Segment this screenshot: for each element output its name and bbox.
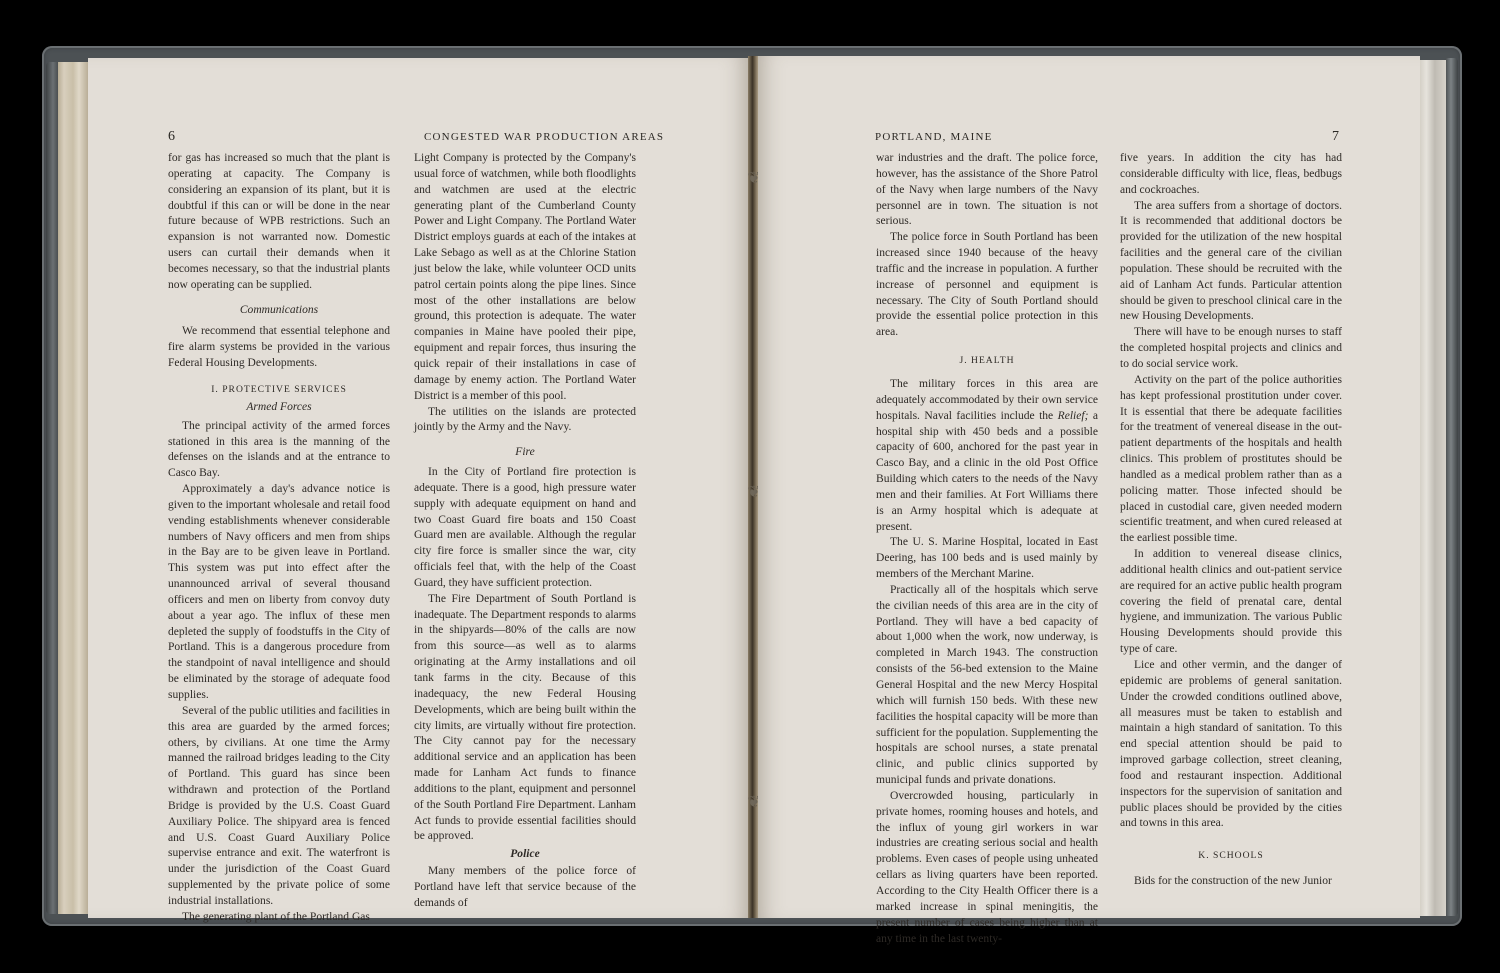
subheading-armed-forces: Armed Forces <box>168 400 390 416</box>
paragraph: Practically all of the hospitals which s… <box>876 583 1098 789</box>
page-stack-right <box>1418 60 1446 916</box>
subheading-fire: Fire <box>414 445 636 461</box>
paragraph: Lice and other vermin, and the danger of… <box>1120 658 1342 832</box>
page-stack-left <box>58 62 88 914</box>
subheading-communications: Communications <box>168 303 390 319</box>
paragraph: Activity on the part of the police autho… <box>1120 373 1342 547</box>
page-number-right: 7 <box>1332 129 1339 145</box>
paragraph: The generating plant of the Portland Gas <box>168 910 390 926</box>
binding-edge-right <box>1444 58 1458 916</box>
paragraph: five years. In addition the city has had… <box>1120 151 1342 199</box>
left-page-column-2: Light Company is protected by the Compan… <box>414 151 636 912</box>
ship-name: Relief; <box>1058 410 1089 422</box>
paragraph: In the City of Portland fire protection … <box>414 465 636 592</box>
paragraph: The principal activity of the armed forc… <box>168 419 390 482</box>
paragraph: war industries and the draft. The police… <box>876 151 1098 230</box>
paragraph: The area suffers from a shortage of doct… <box>1120 199 1342 326</box>
page-number-left: 6 <box>168 129 175 145</box>
paragraph: Overcrowded housing, particularly in pri… <box>876 789 1098 947</box>
paragraph: The U. S. Marine Hospital, located in Ea… <box>876 535 1098 583</box>
paragraph: Several of the public utilities and faci… <box>168 704 390 910</box>
right-page-column-1: war industries and the draft. The police… <box>876 151 1098 947</box>
paragraph: The military forces in this area are ade… <box>876 377 1098 535</box>
paragraph: Many members of the police force of Port… <box>414 864 636 912</box>
subheading-police: Police <box>414 847 636 863</box>
paragraph: Bids for the construction of the new Jun… <box>1120 874 1342 890</box>
left-page-column-1: for gas has increased so much that the p… <box>168 151 390 926</box>
section-heading-protective-services: I. PROTECTIVE SERVICES <box>168 382 390 398</box>
paragraph: for gas has increased so much that the p… <box>168 151 390 294</box>
paragraph: Approximately a day's advance notice is … <box>168 482 390 704</box>
paragraph: There will have to be enough nurses to s… <box>1120 325 1342 373</box>
paragraph: The utilities on the islands are protect… <box>414 405 636 437</box>
paragraph: In addition to venereal disease clinics,… <box>1120 547 1342 658</box>
section-heading-schools: K. SCHOOLS <box>1120 848 1342 864</box>
paragraph: The Fire Department of South Portland is… <box>414 592 636 846</box>
paragraph: The police force in South Portland has b… <box>876 230 1098 341</box>
section-heading-health: J. HEALTH <box>876 353 1098 369</box>
paragraph: Light Company is protected by the Compan… <box>414 151 636 405</box>
paragraph: We recommend that essential telephone an… <box>168 324 390 372</box>
right-page-column-2: five years. In addition the city has had… <box>1120 151 1342 890</box>
running-head-right: PORTLAND, MAINE <box>875 131 993 143</box>
running-head-left: CONGESTED WAR PRODUCTION AREAS <box>424 131 664 143</box>
